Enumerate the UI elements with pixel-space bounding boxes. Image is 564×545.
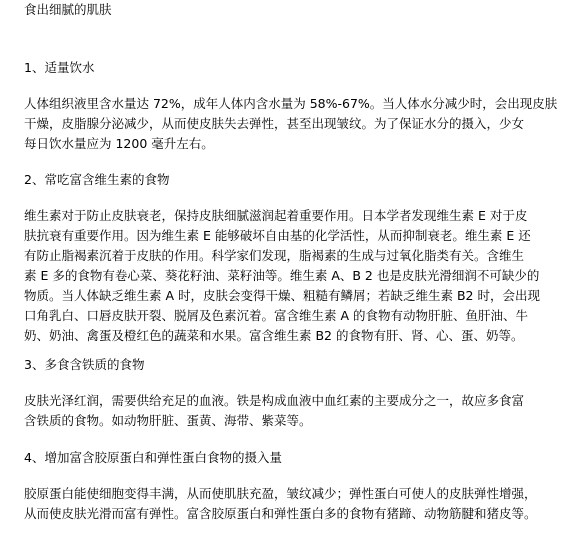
paragraph-line: 维生素对于防止皮肤衰老，保持皮肤细腻滋润起着重要作用。日本学者发现维生素 E 对… [24, 206, 527, 226]
paragraph-line: 素 E 多的食物有卷心菜、葵花籽油、菜籽油等。维生素 A、B 2 也是皮肤光滑细… [24, 266, 539, 286]
section-heading: 1、适量饮水 [24, 58, 94, 78]
paragraph-line: 干燥，皮脂腺分泌减少，从而使皮肤失去弹性，甚至出现皱纹。为了保证水分的摄入，少女 [24, 114, 524, 134]
paragraph-line: 肤抗衰有重要作用。因为维生素 E 能够破坏自由基的化学活性，从而抑制衰老。维生素… [24, 226, 531, 246]
paragraph-line: 人体组织液里含水量达 72%，成年人体内含水量为 58%-67%。当人体水分减少… [24, 94, 557, 114]
paragraph-line: 胶原蛋白能使细胞变得丰满，从而使肌肤充盈，皱纹减少；弹性蛋白可使人的皮肤弹性增强… [24, 484, 537, 504]
section-heading: 3、多食含铁质的食物 [24, 355, 144, 375]
document-title: 食出细腻的肌肤 [24, 0, 112, 20]
paragraph-line: 每日饮水量应为 1200 毫升左右。 [24, 134, 214, 154]
paragraph-line: 含铁质的食物。如动物肝脏、蛋黄、海带、紫菜等。 [24, 411, 312, 431]
paragraph-line: 有防止脂褐素沉着于皮肤的作用。科学家们发现，脂褐素的生成与过氧化脂类有关。含维生 [24, 246, 524, 266]
paragraph-line: 物质。当人体缺乏维生素 A 时，皮肤会变得干燥、粗糙有鳞屑；若缺乏维生素 B2 … [24, 286, 540, 306]
section-heading: 2、常吃富含维生素的食物 [24, 170, 169, 190]
paragraph-line: 皮肤光泽红润，需要供给充足的血液。铁是构成血液中血红素的主要成分之一，故应多食富 [24, 391, 524, 411]
paragraph-line: 从而使皮肤光滑而富有弹性。富含胶原蛋白和弹性蛋白多的食物有猪蹄、动物筋腱和猪皮等… [24, 504, 537, 524]
section-heading: 4、增加富含胶原蛋白和弹性蛋白食物的摄入量 [24, 448, 282, 468]
paragraph-line: 口角乳白、口唇皮肤开裂、脱屑及色素沉着。富含维生素 A 的食物有动物肝脏、鱼肝油… [24, 306, 528, 326]
paragraph-line: 奶、奶油、禽蛋及橙红色的蔬菜和水果。富含维生素 B2 的食物有肝、肾、心、蛋、奶… [24, 326, 523, 346]
